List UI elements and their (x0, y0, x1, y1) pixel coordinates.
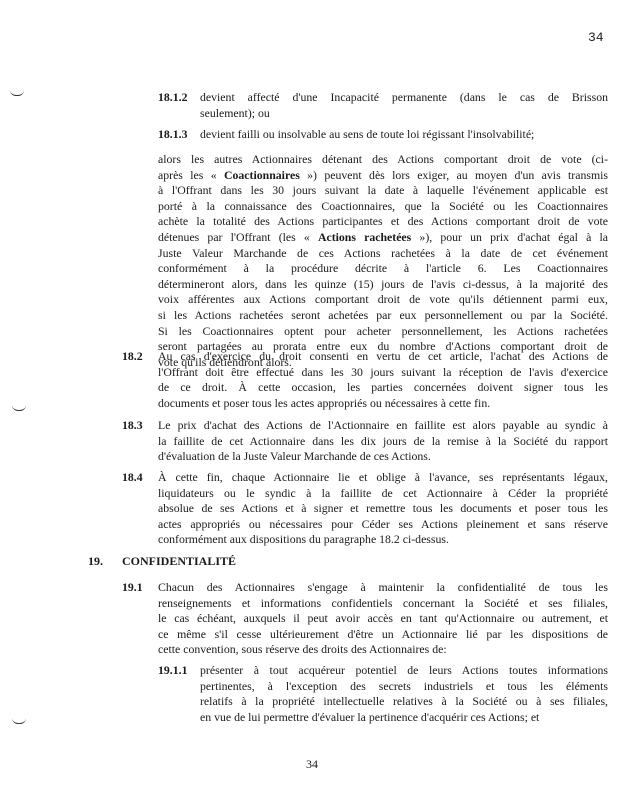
text-line: à l'Offrant dans les 30 jours suivant la… (158, 183, 608, 199)
text-line: achète la totalité des Actions participa… (158, 214, 608, 230)
text-line: ce même s'il cesse ultérieurement d'être… (158, 627, 608, 643)
text-line: présenter à tout acquéreur potentiel de … (200, 663, 608, 679)
text-line: d'évaluation de la Juste Valeur Marchand… (158, 449, 608, 465)
text-line: alors les autres Actionnaires détenant d… (158, 152, 608, 168)
text-line: détermineront alors, dans les quinze (15… (158, 277, 608, 293)
text-line: le cas échéant, auxquels il peut avoir a… (158, 611, 608, 627)
clause-text: devient failli ou insolvable au sens de … (200, 127, 608, 143)
clause-number: 18.3 (122, 418, 143, 434)
text-line: Le prix d'achat des Actions de l'Actionn… (158, 418, 608, 434)
clause-text: présenter à tout acquéreur potentiel de … (200, 663, 608, 725)
text-line: Au cas d'exercice du droit consenti en v… (158, 349, 608, 365)
text-line: Juste Valeur Marchande de ces Actions ra… (158, 246, 608, 262)
text-line: conformément aux dispositions du paragra… (158, 532, 608, 548)
clause-number: 18.2 (122, 349, 143, 365)
text-line: de ce droit. À cette occasion, les parti… (158, 380, 608, 396)
text-line: renseignements et informations confident… (158, 596, 608, 612)
defined-term: Coactionnaires (224, 168, 300, 182)
text-line: relatifs à la propriété intellectuelle r… (200, 694, 608, 710)
text-line: en vue de lui permettre d'évaluer la per… (200, 710, 608, 726)
text-line: liquidateurs ou le syndic à la faillite … (158, 486, 608, 502)
text-line: la faillite de cet Actionnaire dans les … (158, 434, 608, 450)
text-line: documents et poser tous les actes approp… (158, 396, 608, 412)
text-line: seulement); ou (200, 106, 608, 122)
text-line: conformément à la procédure décrite à l'… (158, 261, 608, 277)
text-line: si les Actions rachetées seront achetées… (158, 308, 608, 324)
text-line: actes appropriés ou nécessaires pour Céd… (158, 517, 608, 533)
page-number-bottom: 34 (306, 757, 318, 772)
text-line: après les « Coactionnaires ») peuvent dè… (158, 168, 608, 184)
text-line: devient failli ou insolvable au sens de … (200, 127, 608, 143)
binding-mark (10, 90, 24, 96)
defined-term: Actions rachetées (318, 230, 411, 244)
binding-mark (12, 718, 26, 724)
paragraph-text: alors les autres Actionnaires détenant d… (158, 152, 608, 370)
text-line: devient affecté d'une Incapacité permane… (200, 90, 608, 106)
text-line: cette convention, sous réserve des droit… (158, 642, 608, 658)
clause-text: devient affecté d'une Incapacité permane… (200, 90, 608, 121)
text-line: À cette fin, chaque Actionnaire lie et o… (158, 470, 608, 486)
clause-number: 19.1.1 (158, 663, 188, 679)
text-line: l'Offrant doit être effectué dans les 30… (158, 365, 608, 381)
text-line: voix afférentes aux Actions comportant d… (158, 292, 608, 308)
page-number-top: 34 (588, 30, 604, 45)
text-line: absolue de ses Actions et à signer et re… (158, 501, 608, 517)
clause-text: À cette fin, chaque Actionnaire lie et o… (158, 470, 608, 548)
clause-number: 19.1 (122, 580, 143, 596)
binding-mark (12, 405, 26, 411)
clause-number: 18.1.2 (158, 90, 188, 106)
text-line: porté à la connaissance des Coactionnair… (158, 199, 608, 215)
text-line: pertinentes, à l'exception des secrets i… (200, 679, 608, 695)
text-line: détenues par l'Offrant (les « Actions ra… (158, 230, 608, 246)
clause-text: Le prix d'achat des Actions de l'Actionn… (158, 418, 608, 465)
text-line: Si les Coactionnaires optent pour achete… (158, 324, 608, 340)
clause-text: Au cas d'exercice du droit consenti en v… (158, 349, 608, 411)
section-title: CONFIDENTIALITÉ (122, 554, 236, 569)
section-number: 19. (88, 554, 103, 569)
clause-number: 18.1.3 (158, 127, 188, 143)
text-line: Chacun des Actionnaires s'engage à maint… (158, 580, 608, 596)
clause-text: Chacun des Actionnaires s'engage à maint… (158, 580, 608, 658)
clause-number: 18.4 (122, 470, 143, 486)
